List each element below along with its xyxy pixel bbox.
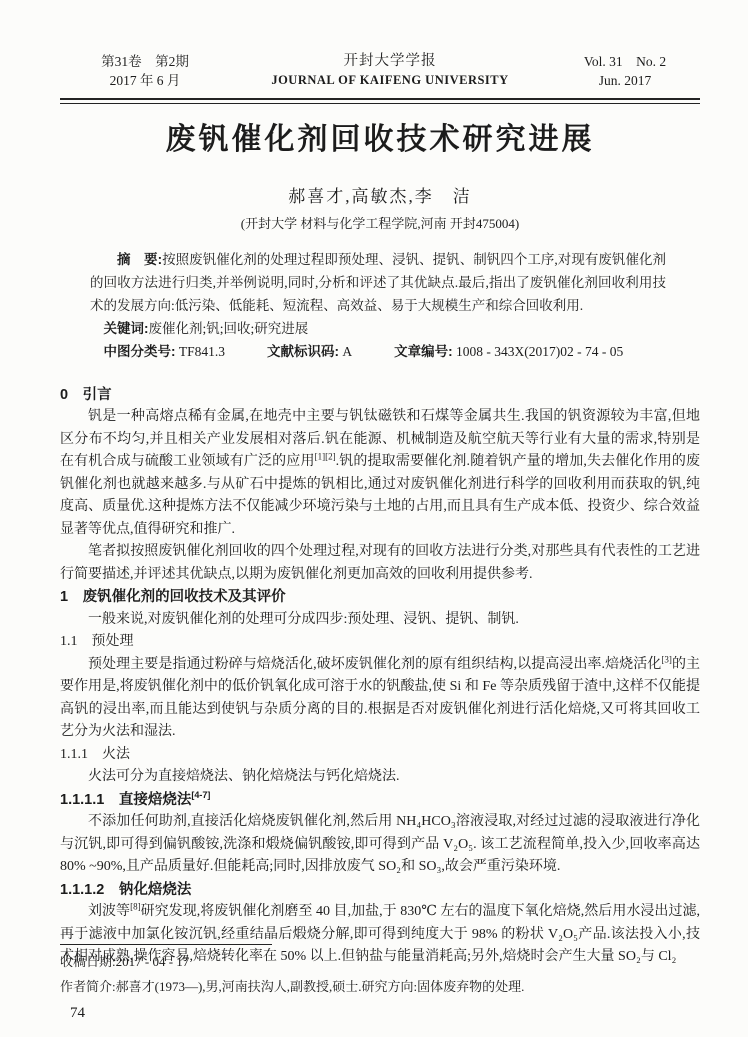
- publication-date-en: Jun. 2017: [550, 71, 700, 90]
- article-body: 0 引言 钒是一种高熔点稀有金属,在地壳中主要与钒钛磁铁和石煤等金属共生.我国的…: [60, 384, 700, 969]
- paragraph-pretreatment: 预处理主要是指通过粉碎与焙烧活化,破坏废钒催化剂的原有组织结构,以提高浸出率.焙…: [60, 654, 700, 744]
- paragraph-text: 预处理主要是指通过粉碎与焙烧活化,破坏废钒催化剂的原有组织结构,以提高浸出率.焙…: [88, 657, 661, 672]
- masthead-divider: [60, 98, 700, 104]
- classification-line: 中图分类号: TF841.3文献标识码: A文章编号: 1008 - 343X(…: [90, 340, 666, 363]
- citation-ref-3: [3]: [661, 654, 672, 664]
- section-heading-1-1-1-1: 1.1.1.1 直接焙烧法[4-7]: [60, 789, 700, 812]
- paragraph-intro-1: 钒是一种高熔点稀有金属,在地壳中主要与钒钛磁铁和石煤等金属共生.我国的钒资源较为…: [60, 406, 700, 541]
- masthead-journal-name: 开封大学学报 JOURNAL OF KAIFENG UNIVERSITY: [230, 52, 550, 90]
- document-code-label: 文献标识码:: [267, 344, 339, 359]
- citation-ref-8: [8]: [130, 901, 141, 911]
- article-affiliation: (开封大学 材料与化学工程学院,河南 开封475004): [60, 213, 700, 232]
- author-bio-value: 郝喜才(1973—),男,河南扶沟人,副教授,硕士.研究方向:固体废弃物的处理.: [116, 979, 525, 994]
- abstract-paragraph: 摘 要:按照废钒催化剂的处理过程即预处理、浸钒、提钒、制钒四个工序,对现有废钒催…: [90, 248, 666, 318]
- received-date-label: 收稿日期:: [60, 954, 116, 969]
- footnote-divider: [60, 944, 272, 945]
- document-code-value: A: [342, 344, 352, 359]
- page-number: 74: [60, 1001, 700, 1026]
- clc-number: 中图分类号: TF841.3: [104, 344, 226, 359]
- masthead-volume-issue: 第31卷 第2期 2017 年 6 月: [60, 52, 230, 90]
- document-code: 文献标识码: A: [267, 344, 352, 359]
- keywords-line: 关键词:废催化剂;钒;回收;研究进展: [90, 317, 666, 340]
- article-number: 文章编号: 1008 - 343X(2017)02 - 74 - 05: [394, 344, 623, 359]
- journal-article-page: 第31卷 第2期 2017 年 6 月 开封大学学报 JOURNAL OF KA…: [0, 0, 748, 1037]
- paragraph-overview: 一般来说,对废钒催化剂的处理可分成四步:预处理、浸钒、提钒、制钒.: [60, 609, 700, 632]
- keywords-text: 废催化剂;钒;回收;研究进展: [149, 321, 309, 336]
- section-heading-1-1-1-2: 1.1.1.2 钠化焙烧法: [60, 879, 700, 902]
- paragraph-direct-roasting: 不添加任何助剂,直接活化焙烧废钒催化剂,然后用 NH₄HCO₃溶液浸取,对经过过…: [60, 811, 700, 879]
- paragraph-text: 刘波等: [88, 904, 130, 919]
- volume-issue-line-en: Vol. 31 No. 2: [550, 52, 700, 71]
- article-authors: 郝喜才,高敏杰,李 洁: [60, 182, 700, 207]
- citation-ref-1-2: [1][2]: [315, 451, 336, 461]
- journal-masthead: 第31卷 第2期 2017 年 6 月 开封大学学报 JOURNAL OF KA…: [60, 52, 700, 90]
- received-date-line: 收稿日期:2017 - 04 - 17: [60, 949, 700, 974]
- page-footnote: 收稿日期:2017 - 04 - 17 作者简介:郝喜才(1973—),男,河南…: [60, 944, 700, 1026]
- volume-issue-line: 第31卷 第2期: [60, 52, 230, 71]
- author-bio-label: 作者简介:: [60, 979, 116, 994]
- abstract-block: 摘 要:按照废钒催化剂的处理过程即预处理、浸钒、提钒、制钒四个工序,对现有废钒催…: [90, 248, 666, 364]
- citation-ref-4-7: [4-7]: [191, 790, 210, 800]
- section-heading-1-1: 1.1 预处理: [60, 631, 700, 654]
- paragraph-fire-method: 火法可分为直接焙烧法、钠化焙烧法与钙化焙烧法.: [60, 766, 700, 789]
- clc-label: 中图分类号:: [104, 344, 176, 359]
- publication-date-cn: 2017 年 6 月: [60, 71, 230, 90]
- keywords-label: 关键词:: [104, 321, 149, 336]
- masthead-volume-issue-en: Vol. 31 No. 2 Jun. 2017: [550, 52, 700, 90]
- journal-name-cn: 开封大学学报: [230, 52, 550, 71]
- article-number-label: 文章编号:: [394, 344, 453, 359]
- abstract-label: 摘 要:: [117, 252, 162, 267]
- abstract-text: 按照废钒催化剂的处理过程即预处理、浸钒、提钒、制钒四个工序,对现有废钒催化剂的回…: [90, 252, 666, 313]
- author-bio-line: 作者简介:郝喜才(1973—),男,河南扶沟人,副教授,硕士.研究方向:固体废弃…: [60, 974, 700, 999]
- article-number-value: 1008 - 343X(2017)02 - 74 - 05: [456, 344, 623, 359]
- received-date-value: 2017 - 04 - 17: [116, 954, 190, 969]
- paragraph-intro-2: 笔者拟按照废钒催化剂回收的四个处理过程,对现有的回收方法进行分类,对那些具有代表…: [60, 541, 700, 586]
- heading-text: 1.1.1.1 直接焙烧法: [60, 792, 191, 808]
- article-title: 废钒催化剂回收技术研究进展: [60, 120, 700, 160]
- journal-name-en: JOURNAL OF KAIFENG UNIVERSITY: [230, 71, 550, 90]
- section-heading-1-1-1: 1.1.1 火法: [60, 744, 700, 767]
- clc-value: TF841.3: [179, 344, 225, 359]
- section-heading-1: 1 废钒催化剂的回收技术及其评价: [60, 586, 700, 609]
- section-heading-0-intro: 0 引言: [60, 384, 700, 407]
